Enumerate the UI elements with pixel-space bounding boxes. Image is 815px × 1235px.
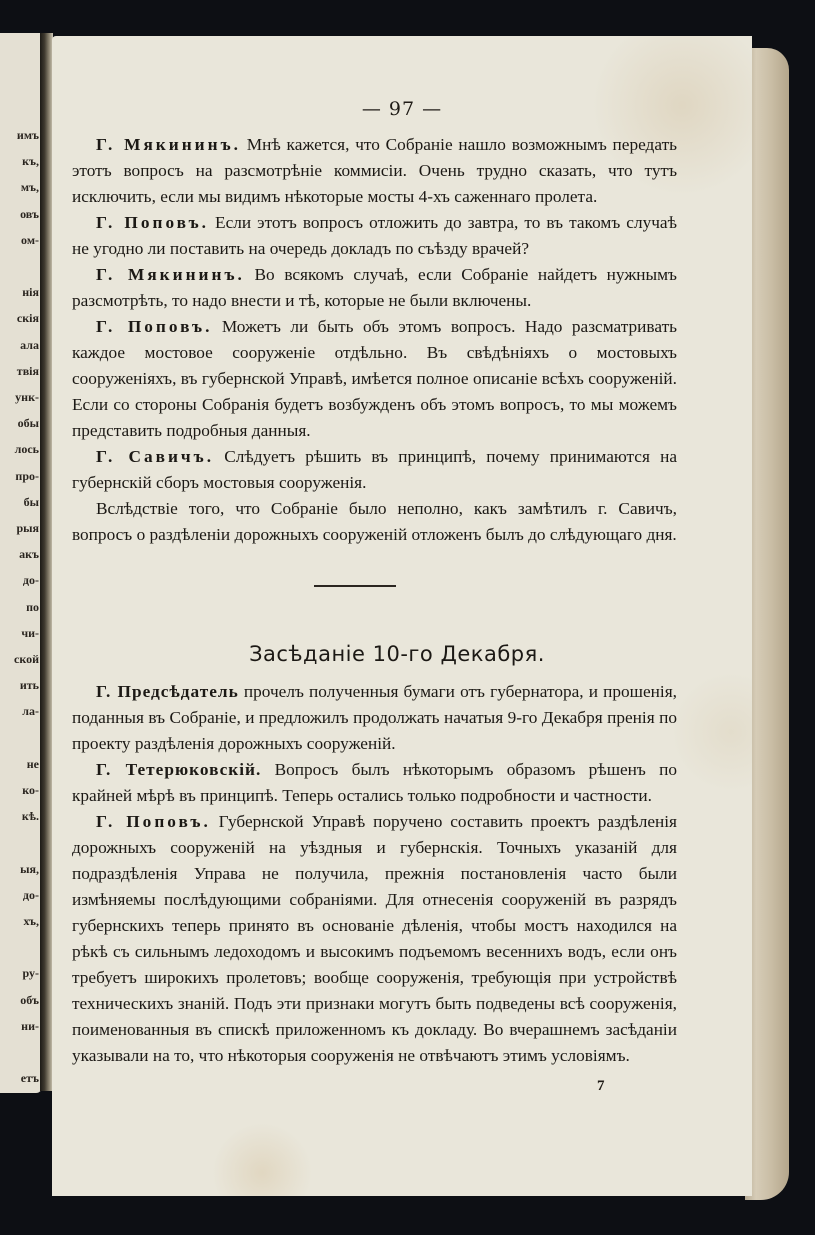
- left-page-text-fragment: къ,: [22, 154, 39, 169]
- left-page-text-fragment: обы: [18, 416, 39, 431]
- left-page-text-fragment: ни-: [21, 1019, 39, 1034]
- text-after-heading: Г. Предсѣдатель прочелъ полученныя бумаг…: [72, 679, 677, 1069]
- paragraph: Г. Поповъ. Если этотъ вопросъ отложить д…: [72, 210, 677, 262]
- left-page-text-fragment: рыя: [16, 521, 39, 536]
- left-page-text-fragment: объ: [20, 993, 39, 1008]
- left-page-text-fragment: ла-: [22, 704, 39, 719]
- speaker-name: Г. Поповъ.: [96, 213, 209, 232]
- left-page-text-fragment: не: [27, 757, 39, 772]
- left-page-text-fragment: ом-: [21, 233, 39, 248]
- text-before-heading: Г. Мякининъ. Мнѣ кажется, что Собраніе н…: [72, 132, 677, 548]
- left-page-text-fragment: по: [26, 600, 39, 615]
- left-page-text-fragment: про-: [15, 469, 39, 484]
- paragraph-text: Губернской Управѣ поручено составить про…: [72, 812, 677, 1065]
- left-page-text-fragment: овъ: [20, 207, 39, 222]
- paragraph: Г. Мякининъ. Мнѣ кажется, что Собраніе н…: [72, 132, 677, 210]
- speaker-name: Г. Предсѣдатель: [96, 682, 239, 701]
- left-page-text-fragment: до-: [23, 573, 39, 588]
- left-page-text-fragment: лось: [15, 442, 39, 457]
- paragraph: Г. Поповъ. Можетъ ли быть объ этомъ вопр…: [72, 314, 677, 444]
- left-page-text-fragment: мъ,: [21, 180, 39, 195]
- left-page-text-fragment: скія: [17, 311, 39, 326]
- paragraph: Вслѣдствіе того, что Собраніе было непол…: [72, 496, 677, 548]
- left-page-text-fragment: кѣ.: [22, 809, 39, 824]
- left-page-text-fragment: до-: [23, 888, 39, 903]
- left-page-text-fragment: твія: [17, 364, 39, 379]
- paragraph-text: Вслѣдствіе того, что Собраніе было непол…: [72, 499, 677, 544]
- session-heading: Засѣданіе 10-го Декабря.: [52, 642, 742, 666]
- speaker-name: Г. Тетерюковскій.: [96, 760, 261, 779]
- paragraph: Г. Савичъ. Слѣдуетъ рѣшить въ принципѣ, …: [72, 444, 677, 496]
- left-page-text-fragment: ской: [14, 652, 39, 667]
- paragraph: Г. Поповъ. Губернской Управѣ поручено со…: [72, 809, 677, 1069]
- left-page-text-fragment: бы: [24, 495, 39, 510]
- left-page-text-fragment: ру-: [22, 966, 39, 981]
- paragraph: Г. Мякининъ. Во всякомъ случаѣ, если Соб…: [72, 262, 677, 314]
- left-page-text-fragment: етъ: [21, 1071, 39, 1086]
- left-page-text-fragment: ала: [20, 338, 39, 353]
- page-number: — 97 —: [52, 98, 752, 120]
- section-divider: [314, 585, 396, 587]
- left-page-text-fragment: хъ,: [23, 914, 39, 929]
- left-page-text-fragment: ыя,: [20, 862, 39, 877]
- book-page: — 97 — Г. Мякининъ. Мнѣ кажется, что Соб…: [52, 36, 752, 1196]
- left-page-text-fragment: унк-: [15, 390, 39, 405]
- signature-mark: 7: [597, 1078, 605, 1095]
- left-page-text-fragment: ко-: [22, 783, 39, 798]
- left-page-text-fragment: чи-: [21, 626, 39, 641]
- speaker-name: Г. Савичъ.: [96, 447, 214, 466]
- left-page-text-fragment: акъ: [19, 547, 39, 562]
- left-page-text-fragment: имъ: [17, 128, 39, 143]
- paragraph: Г. Тетерюковскій. Вопросъ былъ нѣкоторым…: [72, 757, 677, 809]
- speaker-name: Г. Поповъ.: [96, 317, 212, 336]
- speaker-name: Г. Мякининъ.: [96, 265, 245, 284]
- left-page-text-fragment: нія: [22, 285, 39, 300]
- speaker-name: Г. Мякининъ.: [96, 135, 241, 154]
- left-page-text-fragment: ить: [20, 678, 39, 693]
- left-page-edge: имъкъ,мъ,овъом-ніяскіяалатвіяунк-обылось…: [0, 33, 42, 1093]
- paragraph: Г. Предсѣдатель прочелъ полученныя бумаг…: [72, 679, 677, 757]
- speaker-name: Г. Поповъ.: [96, 812, 211, 831]
